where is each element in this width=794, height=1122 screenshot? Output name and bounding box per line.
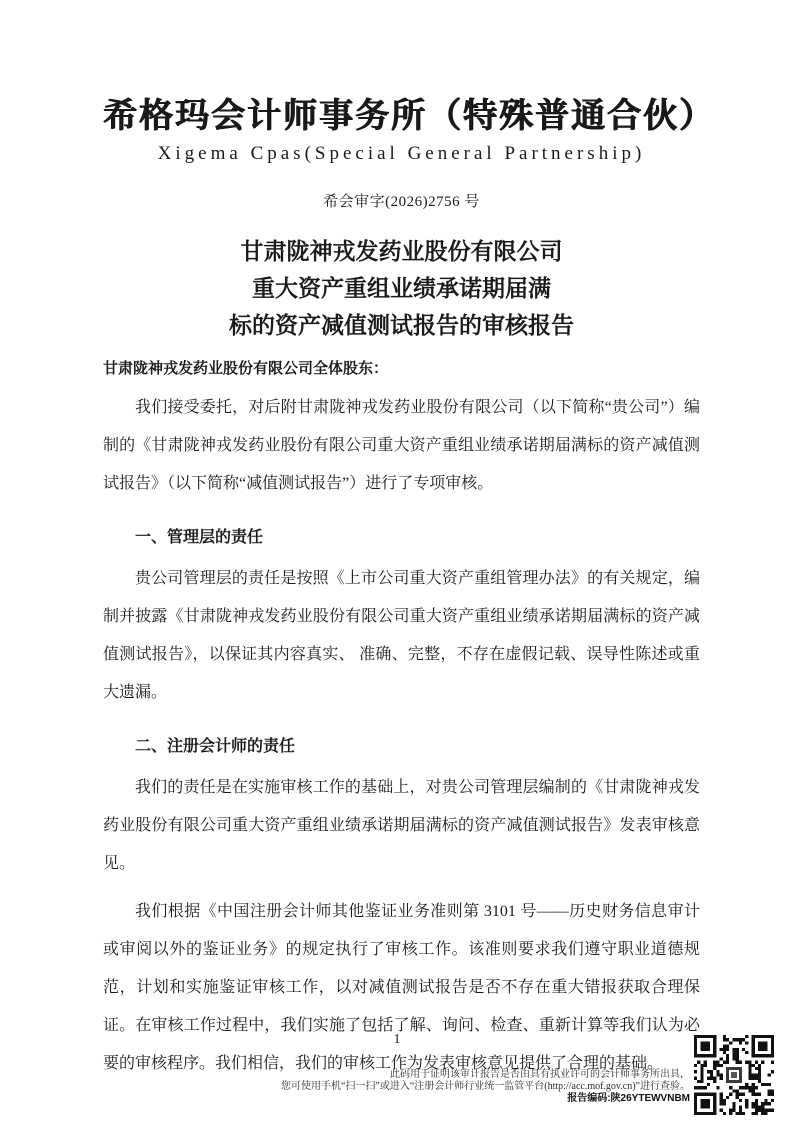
document-page: 希格玛会计师事务所（特殊普通合伙） Xigema Cpas(Special Ge… — [0, 0, 794, 1122]
report-title-line2: 重大资产重组业绩承诺期届满 — [103, 270, 700, 307]
firm-name-chinese: 希格玛会计师事务所（特殊普通合伙） — [103, 96, 700, 136]
verification-note-line2: 您可使用手机“扫一扫”或进入“注册会计师行业统一监管平台(http://acc.… — [281, 1081, 690, 1093]
section1-paragraph: 贵公司管理层的责任是按照《上市公司重大资产重组管理办法》的有关规定，编制并披露《… — [103, 560, 700, 712]
report-title: 甘肃陇神戎发药业股份有限公司 重大资产重组业绩承诺期届满 标的资产减值测试报告的… — [103, 233, 700, 344]
report-title-line1: 甘肃陇神戎发药业股份有限公司 — [103, 233, 700, 270]
report-title-line3: 标的资产减值测试报告的审核报告 — [103, 307, 700, 344]
section2-heading: 二、注册会计师的责任 — [103, 735, 700, 759]
firm-name-english: Xigema Cpas(Special General Partnership) — [103, 143, 700, 165]
qr-code-icon — [694, 1035, 774, 1115]
report-code-line: 报告编码:陕26YTEWVNBM — [281, 1093, 690, 1105]
verification-note-line1: 此码用于证明该审计报告是否由具有执业许可的会计师事务所出具， — [281, 1069, 690, 1081]
report-code-label: 报告编码: — [567, 1093, 610, 1104]
report-code-value: 陕26YTEWVNBM — [611, 1093, 690, 1104]
verification-note: 此码用于证明该审计报告是否由具有执业许可的会计师事务所出具， 您可使用手机“扫一… — [281, 1069, 690, 1115]
reference-number: 希会审字(2026)2756 号 — [103, 190, 700, 211]
addressee-line: 甘肃陇神戎发药业股份有限公司全体股东： — [103, 359, 700, 379]
section1-heading: 一、管理层的责任 — [103, 526, 700, 550]
letterhead: 希格玛会计师事务所（特殊普通合伙） Xigema Cpas(Special Ge… — [103, 96, 700, 211]
section2-paragraph1: 我们的责任是在实施审核工作的基础上，对贵公司管理层编制的《甘肃陇神戎发药业股份有… — [103, 769, 700, 883]
verification-footer: 此码用于证明该审计报告是否由具有执业许可的会计师事务所出具， 您可使用手机“扫一… — [281, 1035, 774, 1115]
intro-paragraph: 我们接受委托，对后附甘肃陇神戎发药业股份有限公司（以下简称“贵公司”）编制的《甘… — [103, 389, 700, 503]
